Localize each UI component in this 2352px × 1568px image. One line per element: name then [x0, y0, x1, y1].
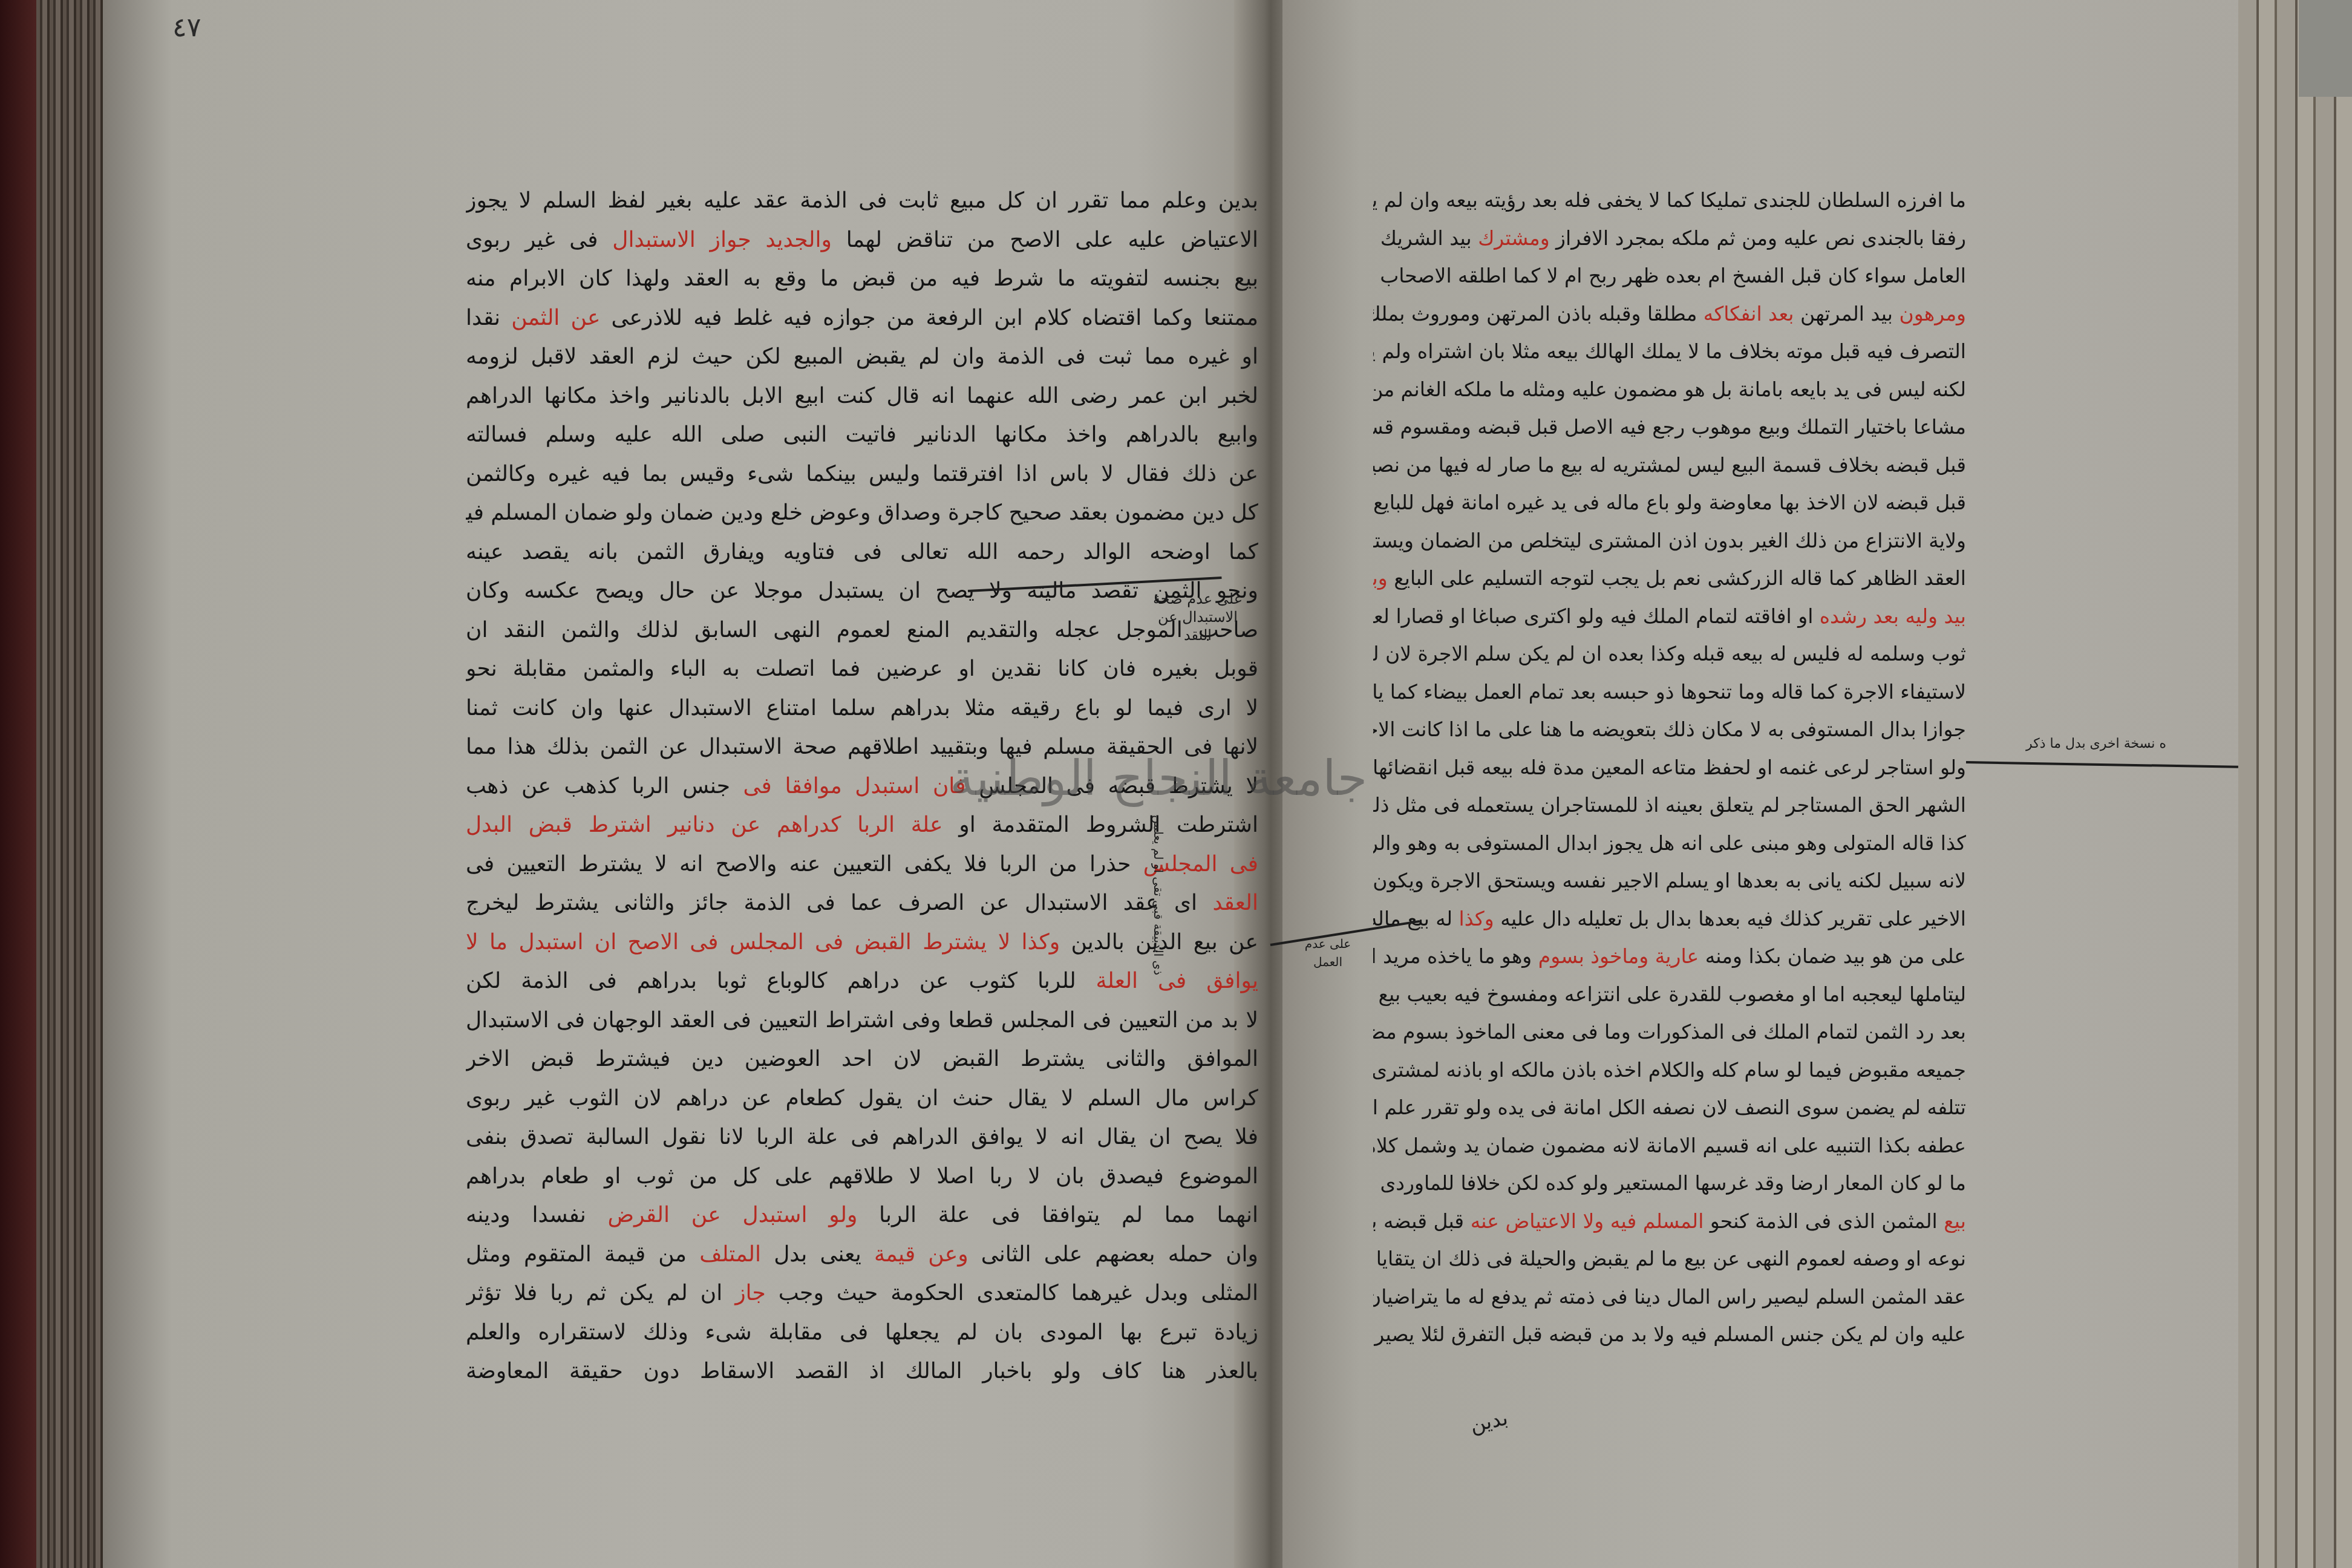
left-page-edges [36, 0, 103, 1568]
body-text: مطلقا وقبله باذن المرتهن وموروث بملك اله… [1373, 302, 1704, 325]
body-text: العقد الظاهر كما قاله الزركشى نعم بل يجب… [1388, 566, 1966, 590]
rubric-text: وعن قيمة [874, 1242, 969, 1267]
manuscript-line: عن ذلك فقال لا باس اذا افترقتما وليس بين… [466, 455, 1258, 494]
body-text: ثوب وسلمه له فليس له بيعه قبله وكذا بعده… [1373, 642, 1966, 665]
body-text: عقد المثمن السلم ليصير راس المال دينا فى… [1373, 1285, 1966, 1308]
body-text: كما اوضحه الوالد رحمه الله تعالى فى فتاو… [466, 540, 1258, 564]
body-text: ما لو كان المعار ارضا وقد غرسها المستعير… [1374, 1171, 1966, 1195]
body-text: ليتاملها ليعجبه اما او مغصوب للقدرة على … [1373, 982, 1966, 1006]
body-text: بعد رد الثمن لتمام الملك فى المذكورات وم… [1373, 1020, 1966, 1044]
right-page-edges [2238, 0, 2352, 1568]
body-text: الموافق والثانى يشترط القبض لان احد العو… [466, 1047, 1258, 1071]
body-text: لكنه ليس فى يد بايعه بامانة بل هو مضمون … [1373, 377, 1966, 401]
body-text: فى غير ربوى [466, 227, 612, 252]
body-text: بيد الشريك [1374, 226, 1478, 250]
body-text: اشترطت الشروط المتقدمة او [942, 812, 1258, 837]
manuscript-line: ولو استاجر لرعى غنمه او لحفظ متاعه المعي… [1373, 749, 1966, 787]
body-text: الموضوع فيصدق بان لا ربا اصلا لا طلاقهم … [466, 1164, 1258, 1189]
body-text: الاخير على تقرير كذلك فيه بعدها بدال بل … [1494, 907, 1966, 930]
manuscript-line: مشاعا باختيار التملك وبيع موهوب رجع فيه … [1373, 408, 1966, 446]
rubric-text: عارية وماخوذ بسوم [1538, 944, 1699, 968]
manuscript-line: تتلفه لم يضمن سوى النصف لان نصفه الكل ام… [1373, 1089, 1966, 1127]
manuscript-line: قبل قبضه لان الاخذ بها معاوضة ولو باع ما… [1373, 484, 1966, 522]
body-text: او غيره مما ثبت فى الذمة وان لم يقبض الم… [466, 344, 1258, 369]
manuscript-line: ما لو كان المعار ارضا وقد غرسها المستعير… [1373, 1165, 1966, 1203]
manuscript-line: الاعتياض عليه على الاصح من تناقض لهما وا… [466, 221, 1258, 260]
body-text: رفقا بالجندى نص عليه ومن ثم ملكه بمجرد ا… [1550, 226, 1966, 250]
manuscript-line: بعد رد الثمن لتمام الملك فى المذكورات وم… [1373, 1013, 1966, 1051]
body-text: يعنى بدل [761, 1242, 874, 1267]
manuscript-line: لاستيفاء الاجرة كما قاله وما تنحوها ذو ح… [1373, 673, 1966, 711]
body-text: انهما مما لم يتوافقا فى علة الربا [857, 1203, 1258, 1227]
manuscript-line: العامل سواء كان قبل الفسخ ام بعده ظهر رب… [1373, 257, 1966, 295]
folio-number: ٤٧ [172, 12, 201, 43]
manuscript-line: او غيره مما ثبت فى الذمة وان لم يقبض الم… [466, 338, 1258, 377]
rubric-text: علة الربا كدراهم عن دنانير اشترط قبض الب… [466, 812, 942, 837]
manuscript-line: زيادة تبرع بها المودى بان لم يجعلها فى م… [466, 1313, 1258, 1353]
manuscript-line: لخبر ابن عمر رضى الله عنهما انه قال كنت … [466, 377, 1258, 416]
manuscript-line: قبل قبضه بخلاف قسمة البيع ليس لمشتريه له… [1373, 446, 1966, 485]
body-text: ولاية الانتزاع من ذلك الغير بدون اذن الم… [1373, 529, 1966, 552]
rubric-text: عن الثمن [511, 305, 600, 330]
manuscript-line: لا بد من التعيين فى المجلس قطعا وفى اشتر… [466, 1001, 1258, 1040]
manuscript-line: بدين وعلم مما تقرر ان كل مبيع ثابت فى ال… [466, 181, 1258, 221]
body-text: عن ذلك فقال لا باس اذا افترقتما وليس بين… [466, 462, 1258, 486]
manuscript-line: الشهر الحق المستاجر لم يتعلق بعينه اذ لل… [1373, 786, 1966, 825]
manuscript-line: الموضوع فيصدق بان لا ربا اصلا لا طلاقهم … [466, 1157, 1258, 1197]
manuscript-line: ونحو الثمن تقصد ماليته ولا يصح ان يستبدل… [466, 572, 1258, 611]
manuscript-line: كل دين مضمون بعقد صحيح كاجرة وصداق وعوض … [466, 494, 1258, 533]
margin-note-right-top: ه نسخة اخرى بدل ما ذكر [1966, 735, 2226, 753]
manuscript-line: فلا يصح ان يقال انه لا يوافق الدراهم فى … [466, 1118, 1258, 1157]
body-text: المثمن الذى فى الذمة كنحو [1704, 1209, 1944, 1233]
body-text: بيد المرتهن [1794, 302, 1900, 325]
body-text: جميعه مقبوض فيما لو سام كله والكلام اخذه… [1373, 1058, 1966, 1082]
manuscript-line: نوعه او وصفه لعموم النهى عن بيع ما لم يق… [1373, 1240, 1966, 1278]
rubric-text: يوافق فى العلة [1096, 969, 1258, 993]
manuscript-line: عليه وان لم يكن جنس المسلم فيه ولا بد من… [1373, 1316, 1966, 1354]
manuscript-line: وابيع بالدراهم واخذ مكانها الدنانير فاتي… [466, 416, 1258, 455]
body-text: عطفه بكذا التنبيه على انه قسيم الامانة ل… [1373, 1134, 1966, 1157]
manuscript-line: ما افرزه السلطان للجندى تمليكا كما لا يخ… [1373, 181, 1966, 220]
right-page-text-block: ما افرزه السلطان للجندى تمليكا كما لا يخ… [1373, 181, 1966, 1354]
manuscript-line: بيع المثمن الذى فى الذمة كنحو المسلم فيه… [1373, 1203, 1966, 1241]
body-text: لخبر ابن عمر رضى الله عنهما انه قال كنت … [466, 384, 1258, 408]
manuscript-line: الموافق والثانى يشترط القبض لان احد العو… [466, 1040, 1258, 1079]
body-text: لا ارى فيما لو باع رقيقه مثلا بدراهم سلم… [466, 696, 1258, 720]
rubric-text: المتلف [699, 1242, 761, 1267]
manuscript-line: بيع بجنسه لتفويته ما شرط فيه من قبض ما و… [466, 260, 1258, 299]
body-text: ان لم يكن ثم ربا فلا تؤثر [466, 1281, 735, 1305]
rubric-text: وباق [1373, 566, 1388, 590]
manuscript-line: الاخير على تقرير كذلك فيه بعدها بدال بل … [1373, 900, 1966, 938]
manuscript-line: انهما مما لم يتوافقا فى علة الربا ولو اس… [466, 1196, 1258, 1235]
manuscript-line: جوازا بدال المستوفى به لا مكان ذلك بتعوي… [1373, 711, 1966, 749]
manuscript-line: عطفه بكذا التنبيه على انه قسيم الامانة ل… [1373, 1127, 1966, 1165]
body-text: مشاعا باختيار التملك وبيع موهوب رجع فيه … [1373, 415, 1966, 439]
rubric-text: بيد وليه بعد رشده [1820, 604, 1966, 628]
body-text: كل دين مضمون بعقد صحيح كاجرة وصداق وعوض … [466, 500, 1258, 525]
rubric-text: ومشترك [1478, 226, 1549, 250]
body-text: قبل قبضه بغير [1373, 1209, 1471, 1233]
manuscript-line: ممتنعا وكما اقتضاه كلام ابن الرفعة من جو… [466, 299, 1258, 338]
body-text: وان حمله بعضهم على الثانى [969, 1242, 1258, 1267]
body-text: كراس مال السلم لا يقال حنث ان يقول كطعام… [466, 1086, 1258, 1111]
body-text: حذرا من الربا فلا يكفى التعيين عنه والاص… [466, 852, 1143, 877]
manuscript-line: المثلى وبدل غيرهما كالمتعدى الحكومة حيث … [466, 1274, 1258, 1313]
body-text: التصرف فيه قبل موته بخلاف ما لا يملك اله… [1373, 339, 1966, 363]
body-text: قبل قبضه بخلاف قسمة البيع ليس لمشتريه له… [1373, 453, 1966, 477]
body-text: وهو ما ياخذه مريد الشراء [1373, 944, 1538, 968]
manuscript-line: لانه سبيل لكنه يانى به بعدها او يسلم الا… [1373, 862, 1966, 900]
book-cover-edge [0, 0, 36, 1568]
body-text: للربا كثوب عن دراهم كالوباع ثوبا بدراهم … [466, 969, 1096, 993]
manuscript-line: بالعذر هنا كاف ولو باخبار المالك اذ القص… [466, 1352, 1258, 1391]
body-text: زيادة تبرع بها المودى بان لم يجعلها فى م… [466, 1320, 1258, 1345]
body-text: العامل سواء كان قبل الفسخ ام بعده ظهر رب… [1373, 264, 1966, 287]
manuscript-line: على من هو بيد ضمان بكذا ومنه عارية وماخو… [1373, 938, 1966, 976]
body-text: نقدا [466, 305, 511, 330]
manuscript-line: كما اوضحه الوالد رحمه الله تعالى فى فتاو… [466, 533, 1258, 572]
body-text: او افاقته لتمام الملك فيه ولو اكترى صباغ… [1373, 604, 1820, 628]
body-text: تتلفه لم يضمن سوى النصف لان نصفه الكل ام… [1373, 1096, 1966, 1119]
rubric-text: المسلم فيه ولا الاعتياض عنه [1471, 1209, 1704, 1233]
body-text: قوبل بغيره فان كانا نقدين او عرضين فما ا… [466, 656, 1258, 681]
body-text: ولو استاجر لرعى غنمه او لحفظ متاعه المعي… [1373, 756, 1966, 779]
manuscript-line: جميعه مقبوض فيما لو سام كله والكلام اخذه… [1373, 1051, 1966, 1089]
manuscript-line: كراس مال السلم لا يقال حنث ان يقول كطعام… [466, 1079, 1258, 1119]
body-text: من قيمة المتقوم ومثل [466, 1242, 699, 1267]
rubric-text: ولو استبدل عن القرض [607, 1203, 857, 1227]
manuscript-line: ثوب وسلمه له فليس له بيعه قبله وكذا بعده… [1373, 635, 1966, 673]
body-text: الشهر الحق المستاجر لم يتعلق بعينه اذ لل… [1373, 793, 1966, 817]
body-text: لانه سبيل لكنه يانى به بعدها او يسلم الا… [1373, 869, 1966, 892]
body-text: فلا يصح ان يقال انه لا يوافق الدراهم فى … [466, 1125, 1258, 1149]
manuscript-line: قوبل بغيره فان كانا نقدين او عرضين فما ا… [466, 650, 1258, 689]
manuscript-line: ولاية الانتزاع من ذلك الغير بدون اذن الم… [1373, 522, 1966, 560]
body-text: وابيع بالدراهم واخذ مكانها الدنانير فاتي… [466, 422, 1258, 447]
body-text: بيع بجنسه لتفويته ما شرط فيه من قبض ما و… [466, 266, 1258, 291]
margin-note-left-vertical: ذى الدبيقة قبى تقى او لم يعلمن [1125, 792, 1168, 998]
manuscript-line: التصرف فيه قبل موته بخلاف ما لا يملك اله… [1373, 333, 1966, 371]
rubric-text: العقد [1213, 890, 1258, 915]
margin-note-left: على عدم صحة الاستبدال عن النقد [1149, 590, 1246, 644]
body-text: لاستيفاء الاجرة كما قاله وما تنحوها ذو ح… [1373, 680, 1966, 704]
manuscript-line: ليتاملها ليعجبه اما او مغصوب للقدرة على … [1373, 976, 1966, 1014]
body-text: قبل قبضه لان الاخذ بها معاوضة ولو باع ما… [1373, 491, 1966, 514]
rubric-text: وكذا [1459, 907, 1494, 930]
rubric-text: بعد انفكاكه [1704, 302, 1794, 325]
library-watermark: جامعة النجاح الوطنية [950, 750, 1367, 806]
body-text: ما افرزه السلطان للجندى تمليكا كما لا يخ… [1373, 188, 1966, 212]
body-text: نفسدا ودينه [466, 1203, 607, 1227]
manuscript-line: رفقا بالجندى نص عليه ومن ثم ملكه بمجرد ا… [1373, 220, 1966, 258]
manuscript-line: لكنه ليس فى يد بايعه بامانة بل هو مضمون … [1373, 371, 1966, 409]
manuscript-line: وان حمله بعضهم على الثانى وعن قيمة يعنى … [466, 1235, 1258, 1275]
rubric-text: فان استبدل موافقا فى [743, 774, 966, 799]
rubric-text: بيع [1944, 1209, 1966, 1233]
manuscript-line: ومرهون بيد المرتهن بعد انفكاكه مطلقا وقب… [1373, 295, 1966, 333]
body-text: الاعتياض عليه على الاصح من تناقض لهما [832, 227, 1258, 252]
body-text: اى عقد الاستبدال عن الصرف عما فى الذمة ج… [466, 890, 1213, 915]
body-text: لا بد من التعيين فى المجلس قطعا وفى اشتر… [466, 1008, 1258, 1033]
margin-note-right-lower: على عدم العمل [1289, 935, 1367, 971]
body-text: ممتنعا وكما اقتضاه كلام ابن الرفعة من جو… [600, 305, 1258, 330]
body-text: جنس الربا كذهب عن ذهب [466, 774, 743, 799]
rubric-text: وكذا لا يشترط القبض فى المجلس فى الاصح ا… [466, 930, 1060, 955]
body-text: على من هو بيد ضمان بكذا ومنه [1699, 944, 1966, 968]
body-text: بالعذر هنا كاف ولو باخبار المالك اذ القص… [466, 1359, 1258, 1383]
body-text: عليه وان لم يكن جنس المسلم فيه ولا بد من… [1373, 1322, 1966, 1346]
manuscript-line: عقد المثمن السلم ليصير راس المال دينا فى… [1373, 1278, 1966, 1316]
manuscript-line: كذا قاله المتولى وهو مبنى على انه هل يجو… [1373, 825, 1966, 863]
body-text: بدين وعلم مما تقرر ان كل مبيع ثابت فى ال… [466, 188, 1258, 213]
background-corner [2299, 0, 2352, 97]
body-text: نوعه او وصفه لعموم النهى عن بيع ما لم يق… [1373, 1247, 1966, 1270]
rubric-text: جاز [735, 1281, 766, 1305]
manuscript-line: بيد وليه بعد رشده او افاقته لتمام الملك … [1373, 598, 1966, 636]
manuscript-line: صاحب الموجل عجله والتقديم المنع لعموم ال… [466, 611, 1258, 650]
body-text: صاحب الموجل عجله والتقديم المنع لعموم ال… [466, 618, 1258, 642]
rubric-text: ومرهون [1899, 302, 1966, 325]
body-text: كذا قاله المتولى وهو مبنى على انه هل يجو… [1373, 831, 1966, 855]
body-text: المثلى وبدل غيرهما كالمتعدى الحكومة حيث … [766, 1281, 1258, 1305]
manuscript-line: العقد الظاهر كما قاله الزركشى نعم بل يجب… [1373, 560, 1966, 598]
manuscript-line: لا ارى فيما لو باع رقيقه مثلا بدراهم سلم… [466, 689, 1258, 728]
body-text: جوازا بدال المستوفى به لا مكان ذلك بتعوي… [1373, 717, 1966, 741]
rubric-text: والجديد جواز الاستبدال [612, 227, 832, 252]
